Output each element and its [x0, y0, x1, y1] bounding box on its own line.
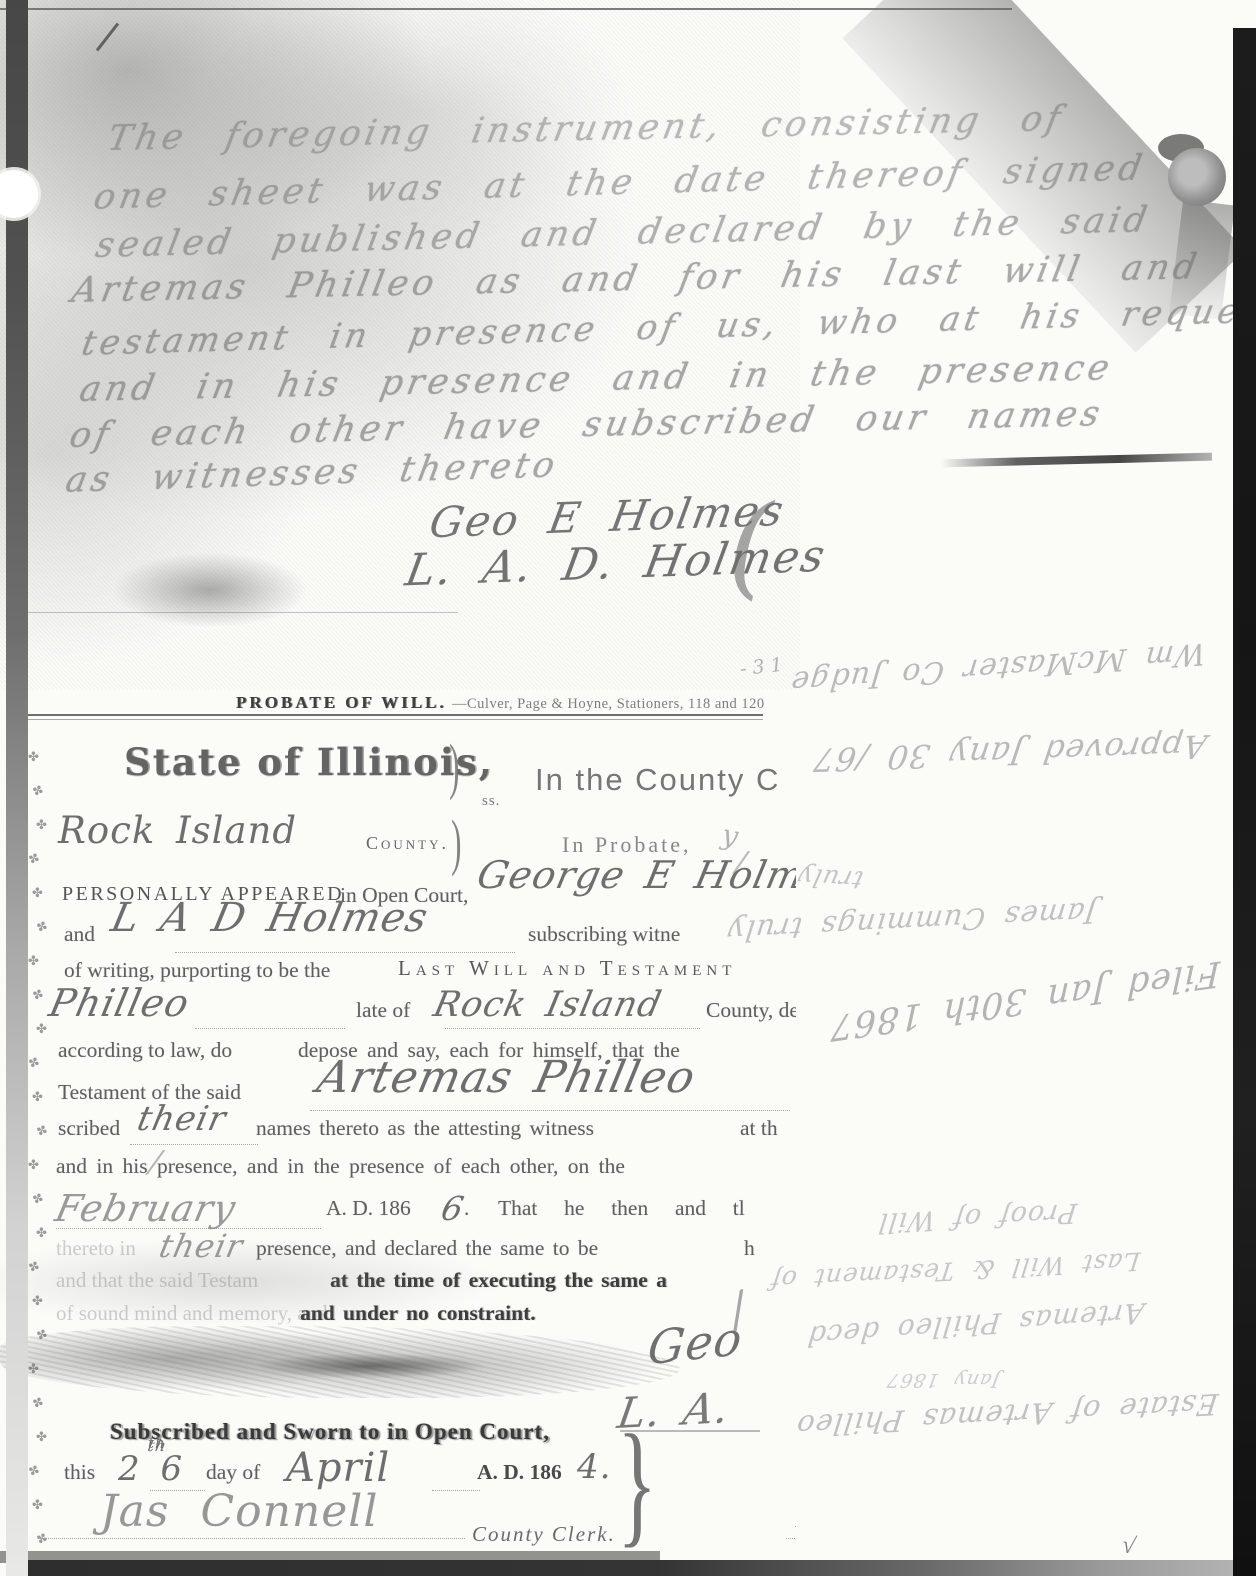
scan-left-edge-band [6, 0, 28, 1576]
pen-flourish-mark: / [723, 1285, 753, 1334]
scan-bottom-edge-band [20, 1560, 1250, 1576]
scanned-document-page: The foregoing instrument, consisting ofo… [0, 0, 1256, 1576]
pen-flourish-mark: ( [726, 489, 775, 602]
fastener-grommet [1168, 148, 1226, 206]
scan-right-edge-strip [1233, 28, 1256, 1576]
